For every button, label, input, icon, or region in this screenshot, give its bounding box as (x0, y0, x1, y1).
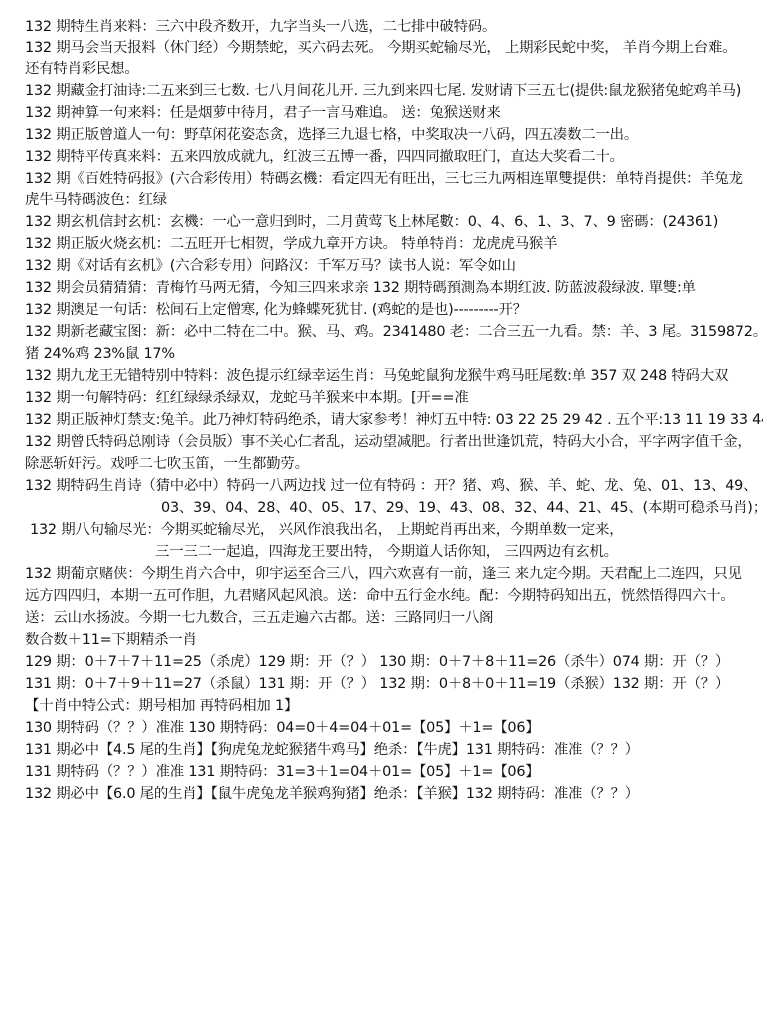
text-line: 132 期澳足一句话：松间石上定僧寒, 化为蜂蝶死犹甘. (鸡蛇的是也)----… (25, 300, 527, 320)
text-line: 132 期正版神灯禁支:兔羊。此乃神灯特码绝杀，请大家参考！神灯五中特: 03 … (25, 410, 763, 430)
text-line: 【十肖中特公式：期号相加 再特码相加 1】 (25, 696, 298, 716)
text-line: 132 期特生肖来料：三六中段齐数开，九字当头一八选，二七排中破特码。 (25, 17, 496, 37)
text-line: 猪 24%鸡 23%鼠 17% (25, 344, 175, 364)
text-line: 送：云山水扬波。今期一七九数合，三五走遍六古都。送：三路同归一八阁 (25, 608, 493, 628)
text-line: 数合数＋11=下期精杀一肖 (25, 630, 197, 650)
text-line: 132 期新老藏宝图：新：必中二特在二中。猴、马、鸡。2341480 老：二合三… (25, 322, 763, 342)
text-line: 132 期藏金打油诗:二五来到三七数. 七八月间花儿开. 三九到来四七尾. 发财… (25, 81, 741, 101)
text-line: 132 期八句输尽光：今期买蛇输尽光， 兴风作浪我出名， 上期蛇肖再出来，今期单… (30, 520, 623, 540)
text-line: 130 期特码（？？）准准 130 期特码：04=0＋4=04＋01=【05】＋… (25, 718, 540, 738)
text-line: 除恶斩奸污。戏呼二七吹玉笛，一生都勤劳。 (25, 454, 309, 474)
text-line: 131 期必中【4.5 尾的生肖】【狗虎兔龙蛇猴猪牛鸡马】绝杀：【牛虎】131 … (25, 740, 639, 760)
text-line: 132 期马会当天报料（休门经）今期禁蛇，买六码去死。 今期买蛇输尽光， 上期彩… (25, 38, 736, 58)
text-line: 132 期特平传真来料：五来四放成就九，红波三五博一番，四四同撤取旺门，直达大奖… (25, 147, 624, 167)
text-line: 三一三二一起追，四海龙王要出特， 今期道人话你知， 三四两边有玄机。 (155, 542, 618, 562)
text-line: 远方四四归，本期一五可作胆，九君赌风起风浪。送：命中五行金水纯。配：今期特码知出… (25, 586, 735, 606)
text-line: 03、39、04、28、40、05、17、29、19、43、08、32、44、2… (161, 498, 763, 518)
text-line: 132 期必中【6.0 尾的生肖】【鼠牛虎兔龙羊猴鸡狗猪】绝杀：【羊猴】132 … (25, 784, 639, 804)
text-line: 132 期葡京赌侠：今期生肖六合中，卯宇运至合三八，四六欢喜有一前，逢三 来九定… (25, 564, 742, 584)
lottery-tips-document: 132 期特生肖来料：三六中段齐数开，九字当头一八选，二七排中破特码。 132 … (0, 0, 763, 1024)
text-line: 132 期正版火烧玄机：二五旺开七相贺，学成九章开方诀。 特单特肖：龙虎虎马猴羊 (25, 234, 557, 254)
text-line: 131 期特码（？？）准准 131 期特码：31=3＋1=04＋01=【05】＋… (25, 762, 540, 782)
text-line: 132 期特码生肖诗（猜中必中）特码一八两边找 过一位有特码 ：开？猪、鸡、猴、… (25, 476, 757, 496)
text-line: 132 期《百姓特码报》(六合彩传用）特碼玄機：看定四无有旺出，三七三九两相连單… (25, 169, 743, 189)
text-line: 虎牛马特碼波色：红绿 (25, 190, 167, 210)
text-line: 132 期《对话有玄机》(六合彩专用）问路汉：千军万马？读书人说：军令如山 (25, 256, 516, 276)
text-line: 132 期正版曾道人一句：野草闲花姿态贪，选择三九退七格，中奖取决一八码，四五凑… (25, 125, 638, 145)
text-line: 还有特肖彩民想。 (25, 59, 139, 79)
text-line: 129 期：0＋7＋7＋11=25（杀虎）129 期：开（？） 130 期：0＋… (25, 652, 729, 672)
text-line: 132 期玄机信封玄机：玄機：一心一意归到时，二月黄莺飞上林尾數：0、4、6、1… (25, 212, 718, 232)
text-line: 132 期曾氏特码总刚诗（会员版）事不关心仁者乱，运动望减肥。行者出世逢饥荒，特… (25, 432, 752, 452)
text-line: 132 期会员猜猜猜：青梅竹马两无猜，今知三四来求亲 132 期特碼預測為本期红… (25, 278, 696, 298)
text-line: 131 期：0＋7＋9＋11=27（杀鼠）131 期：开（？） 132 期：0＋… (25, 674, 729, 694)
text-line: 132 期一句解特码：红红绿绿杀绿双，龙蛇马羊猴来中本期。[开==准 (25, 388, 469, 408)
text-line: 132 期神算一句来料：任是烟萝中待月，君子一言马难追。 送：兔猴送财来 (25, 103, 501, 123)
text-line: 132 期九龙王无错特别中特料：波色提示红绿幸运生肖：马兔蛇鼠狗龙猴牛鸡马旺尾数… (25, 366, 728, 386)
